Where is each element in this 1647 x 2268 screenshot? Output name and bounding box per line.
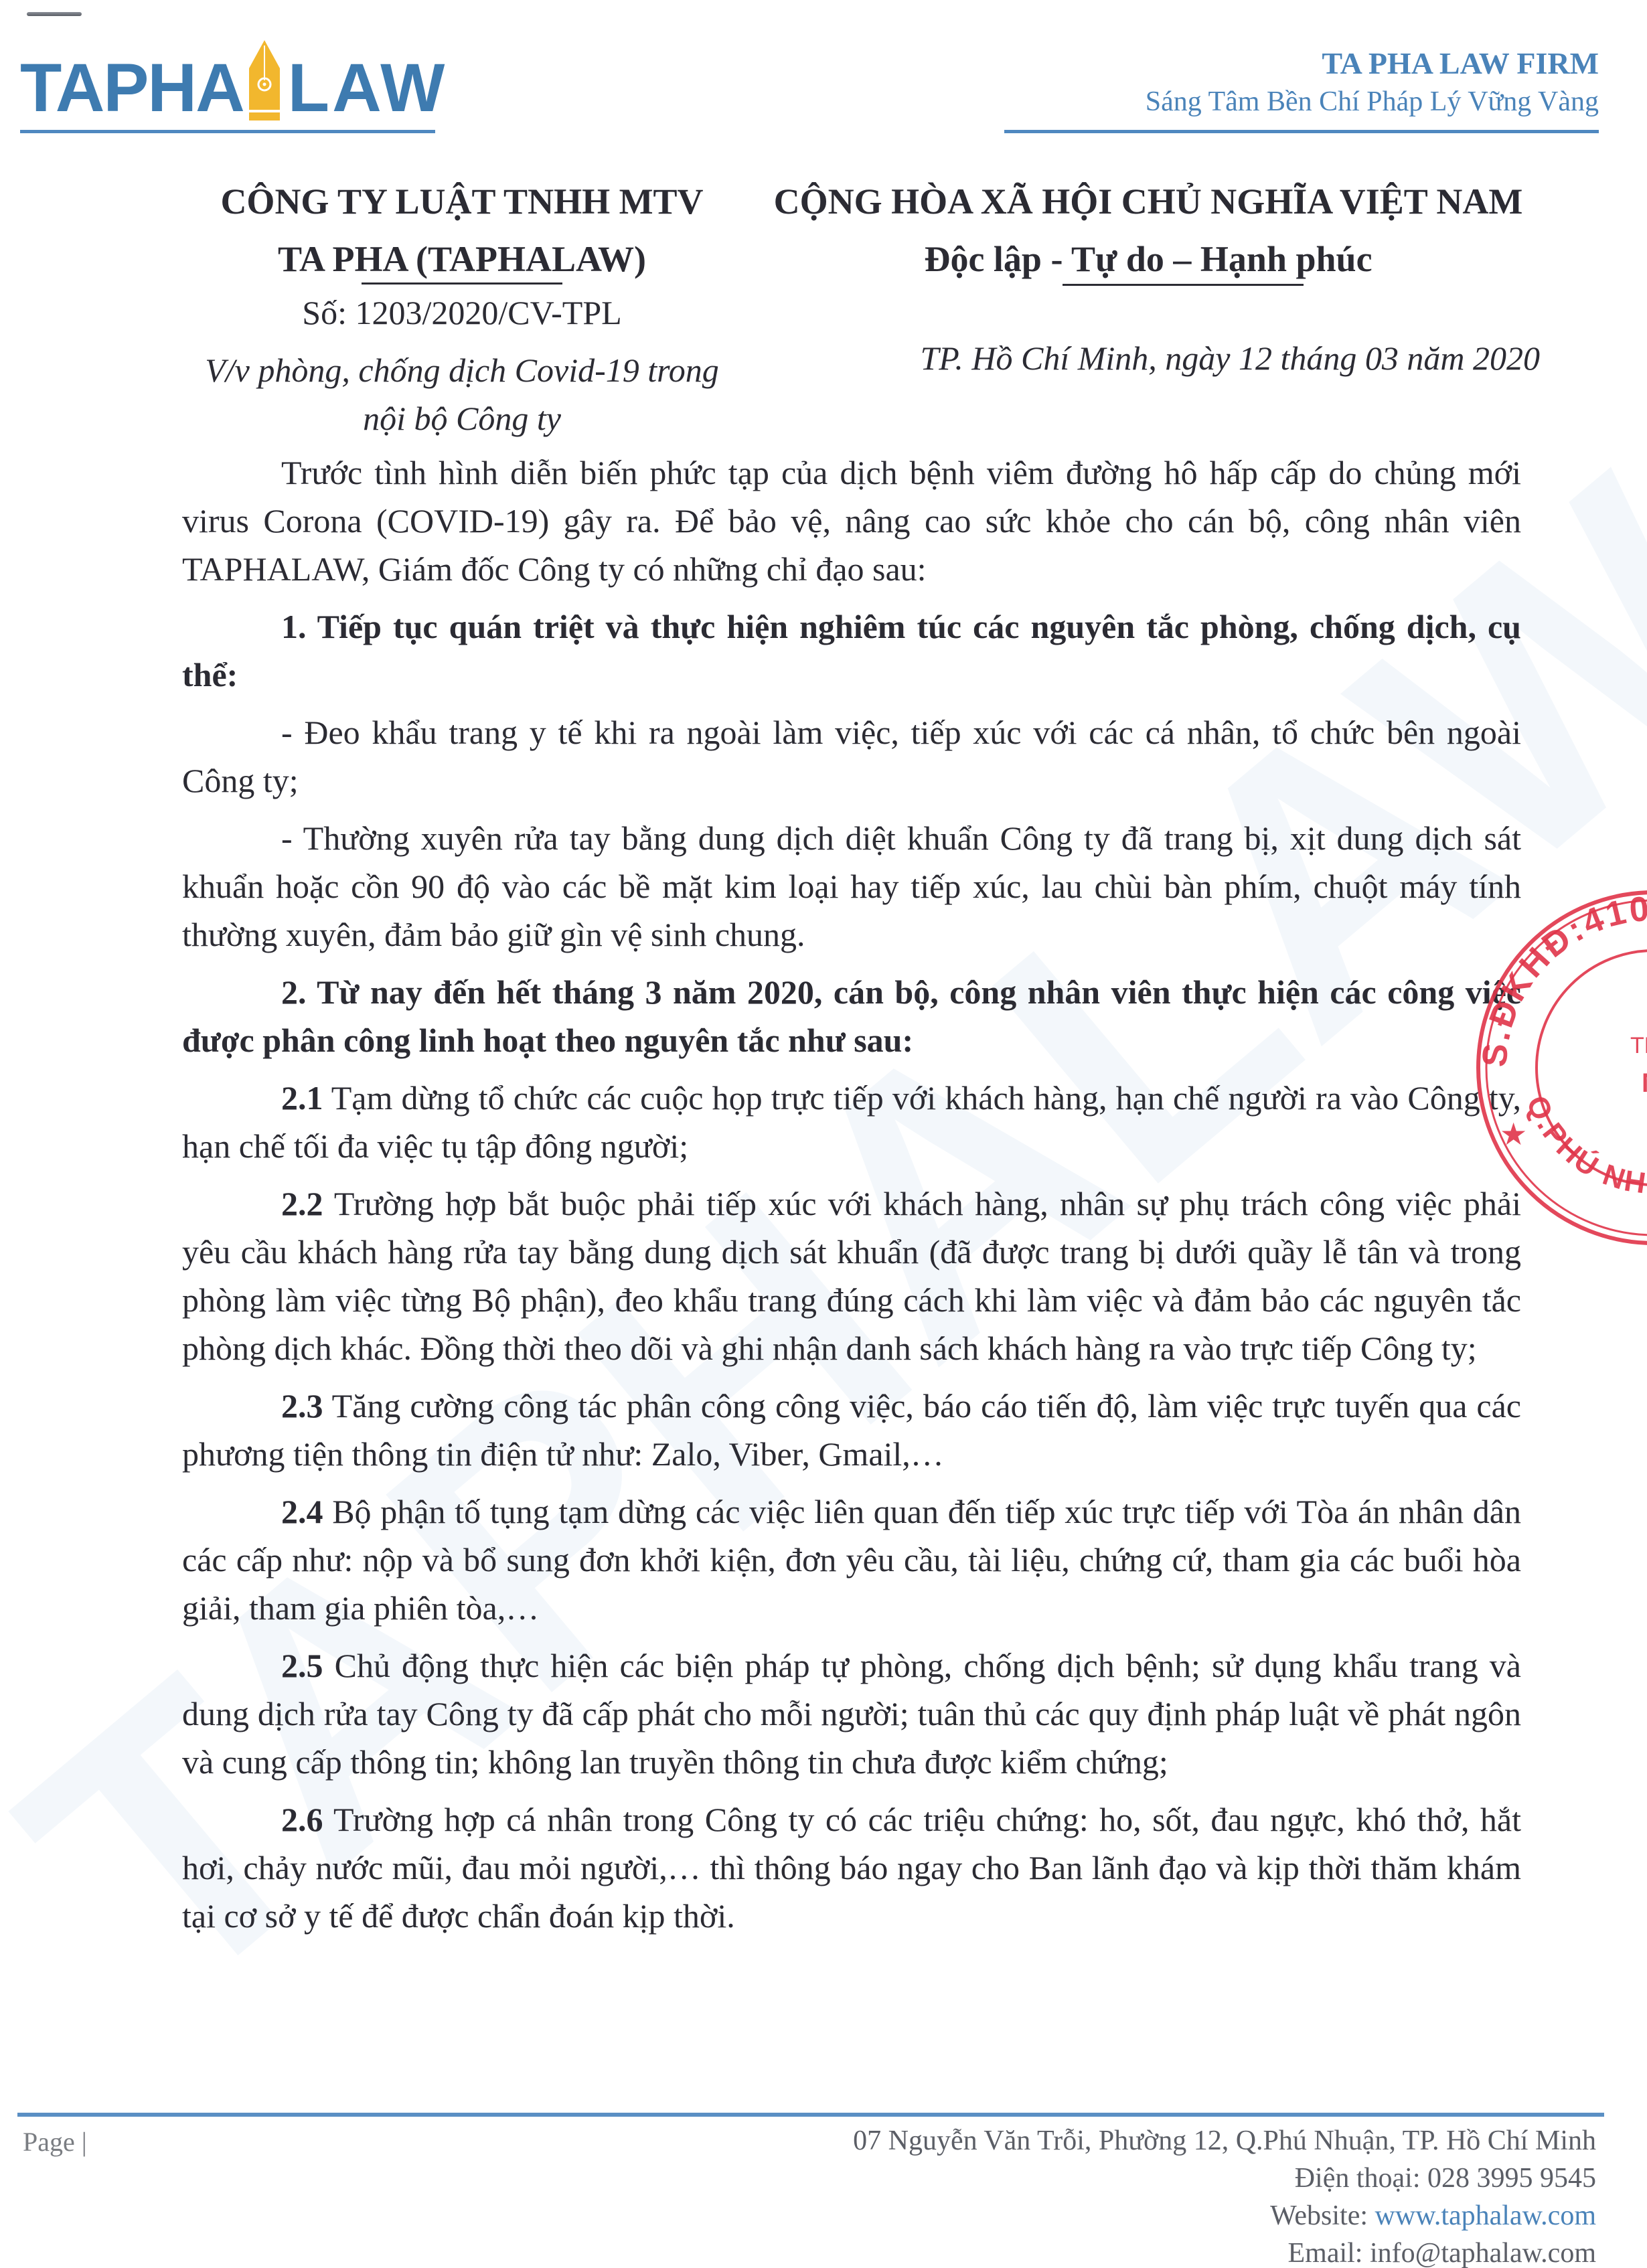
pen-nib-icon	[248, 40, 281, 122]
seal-registration-text: S.ĐKHĐ:41021296	[1475, 889, 1647, 1068]
subject-line-1: V/v phòng, chống dịch Covid-19 trong	[167, 346, 757, 394]
national-header-block: CỘNG HÒA XÃ HỘI CHỦ NGHĨA VIỆT NAM Độc l…	[757, 173, 1540, 286]
company-name-line-1: CÔNG TY LUẬT TNHH MTV	[167, 173, 757, 230]
staple-mark	[27, 12, 82, 16]
email-label: Email:	[1288, 2238, 1370, 2268]
section-2-title: 2. Từ nay đến hết tháng 3 năm 2020, cán …	[182, 968, 1521, 1064]
svg-text:Q.PHÚ NHUẬN-T.P: Q.PHÚ NHUẬN-T.P	[1520, 1091, 1647, 1200]
item-number: 2.3	[281, 1387, 323, 1425]
section-2-item: 2.3 Tăng cường công tác phân công công v…	[182, 1382, 1521, 1478]
section-1-item: - Thường xuyên rửa tay bằng dung dịch di…	[182, 814, 1521, 959]
company-logo: TAPHA LAW	[20, 42, 447, 122]
nation-title: CỘNG HÒA XÃ HỘI CHỦ NGHĨA VIỆT NAM	[757, 173, 1540, 230]
motto-underline	[1063, 284, 1304, 286]
website-label: Website:	[1270, 2200, 1375, 2231]
item-number: 2.5	[281, 1647, 323, 1684]
item-text: Trường hợp cá nhân trong Công ty có các …	[182, 1801, 1521, 1935]
phone-label: Điện thoại:	[1295, 2163, 1427, 2194]
website-link[interactable]: www.taphalaw.com	[1375, 2200, 1596, 2231]
logo-text-tapha: TAPHA	[20, 54, 244, 122]
firm-name: TA PHA LAW FIRM	[1322, 46, 1599, 81]
header-divider-left	[20, 130, 435, 133]
svg-text:S.ĐKHĐ:41021296: S.ĐKHĐ:41021296	[1475, 889, 1647, 1068]
header-divider-right	[1004, 130, 1599, 133]
document-number: Số: 1203/2020/CV-TPL	[167, 289, 757, 337]
place-date: TP. Hồ Chí Minh, ngày 12 tháng 03 năm 20…	[803, 339, 1540, 378]
section-2-item: 2.6 Trường hợp cá nhân trong Công ty có …	[182, 1795, 1521, 1940]
seal-inner-line-3: MỘT THÀNH	[1642, 1067, 1647, 1098]
section-1-title: 1. Tiếp tục quán triệt và thực hiện nghi…	[182, 602, 1521, 699]
subject-line-2: nội bộ Công ty	[167, 394, 757, 442]
item-text: Tăng cường công tác phân công công việc,…	[182, 1387, 1521, 1473]
footer-website: Website: www.taphalaw.com	[853, 2197, 1596, 2235]
item-number: 2.4	[281, 1493, 323, 1530]
firm-slogan: Sáng Tâm Bền Chí Pháp Lý Vững Vàng	[1146, 86, 1599, 118]
intro-paragraph: Trước tình hình diễn biến phức tạp của d…	[182, 449, 1521, 593]
section-2-item: 2.2 Trường hợp bắt buộc phải tiếp xúc vớ…	[182, 1180, 1521, 1372]
footer-address: 07 Nguyễn Văn Trỗi, Phường 12, Q.Phú Nhu…	[853, 2122, 1596, 2160]
phone-value: 028 3995 9545	[1427, 2163, 1596, 2194]
item-number: 2.1	[281, 1079, 323, 1117]
page-label: Page |	[23, 2126, 87, 2158]
seal-star-icon: ★	[1500, 1117, 1527, 1151]
item-text: Tạm dừng tổ chức các cuộc họp trực tiếp …	[182, 1079, 1521, 1165]
footer-contact: 07 Nguyễn Văn Trỗi, Phường 12, Q.Phú Nhu…	[853, 2122, 1596, 2268]
item-text: Bộ phận tố tụng tạm dừng các việc liên q…	[182, 1493, 1521, 1627]
section-2-item: 2.1 Tạm dừng tổ chức các cuộc họp trực t…	[182, 1074, 1521, 1170]
item-text: Trường hợp bắt buộc phải tiếp xúc với kh…	[182, 1185, 1521, 1367]
section-1-item: - Đeo khẩu trang y tế khi ra ngoài làm v…	[182, 708, 1521, 805]
logo-text-law: LAW	[288, 54, 448, 122]
footer-phone: Điện thoại: 028 3995 9545	[853, 2160, 1596, 2197]
nation-motto: Độc lập - Tự do – Hạnh phúc	[757, 230, 1540, 288]
issuer-block: CÔNG TY LUẬT TNHH MTV TA PHA (TAPHALAW) …	[167, 173, 757, 442]
seal-inner-line-2: TRÁCH NHIỆM HỮ	[1630, 1033, 1647, 1058]
email-value[interactable]: info@taphalaw.com	[1370, 2238, 1596, 2268]
item-number: 2.6	[281, 1801, 323, 1838]
company-seal: S.ĐKHĐ:41021296 Q.PHÚ NHUẬN-T.P CÔNG TY …	[1466, 880, 1647, 1255]
seal-district-text: Q.PHÚ NHUẬN-T.P	[1520, 1091, 1647, 1200]
footer-email: Email: info@taphalaw.com	[853, 2235, 1596, 2268]
section-2-item: 2.5 Chủ động thực hiện các biện pháp tự …	[182, 1641, 1521, 1786]
footer-divider	[17, 2113, 1604, 2117]
item-text: Chủ động thực hiện các biện pháp tự phòn…	[182, 1647, 1521, 1781]
company-name-line-2: TA PHA (TAPHALAW)	[167, 230, 757, 288]
letter-body: Trước tình hình diễn biến phức tạp của d…	[182, 449, 1521, 1940]
section-2-item: 2.4 Bộ phận tố tụng tạm dừng các việc li…	[182, 1487, 1521, 1632]
item-number: 2.2	[281, 1185, 323, 1222]
